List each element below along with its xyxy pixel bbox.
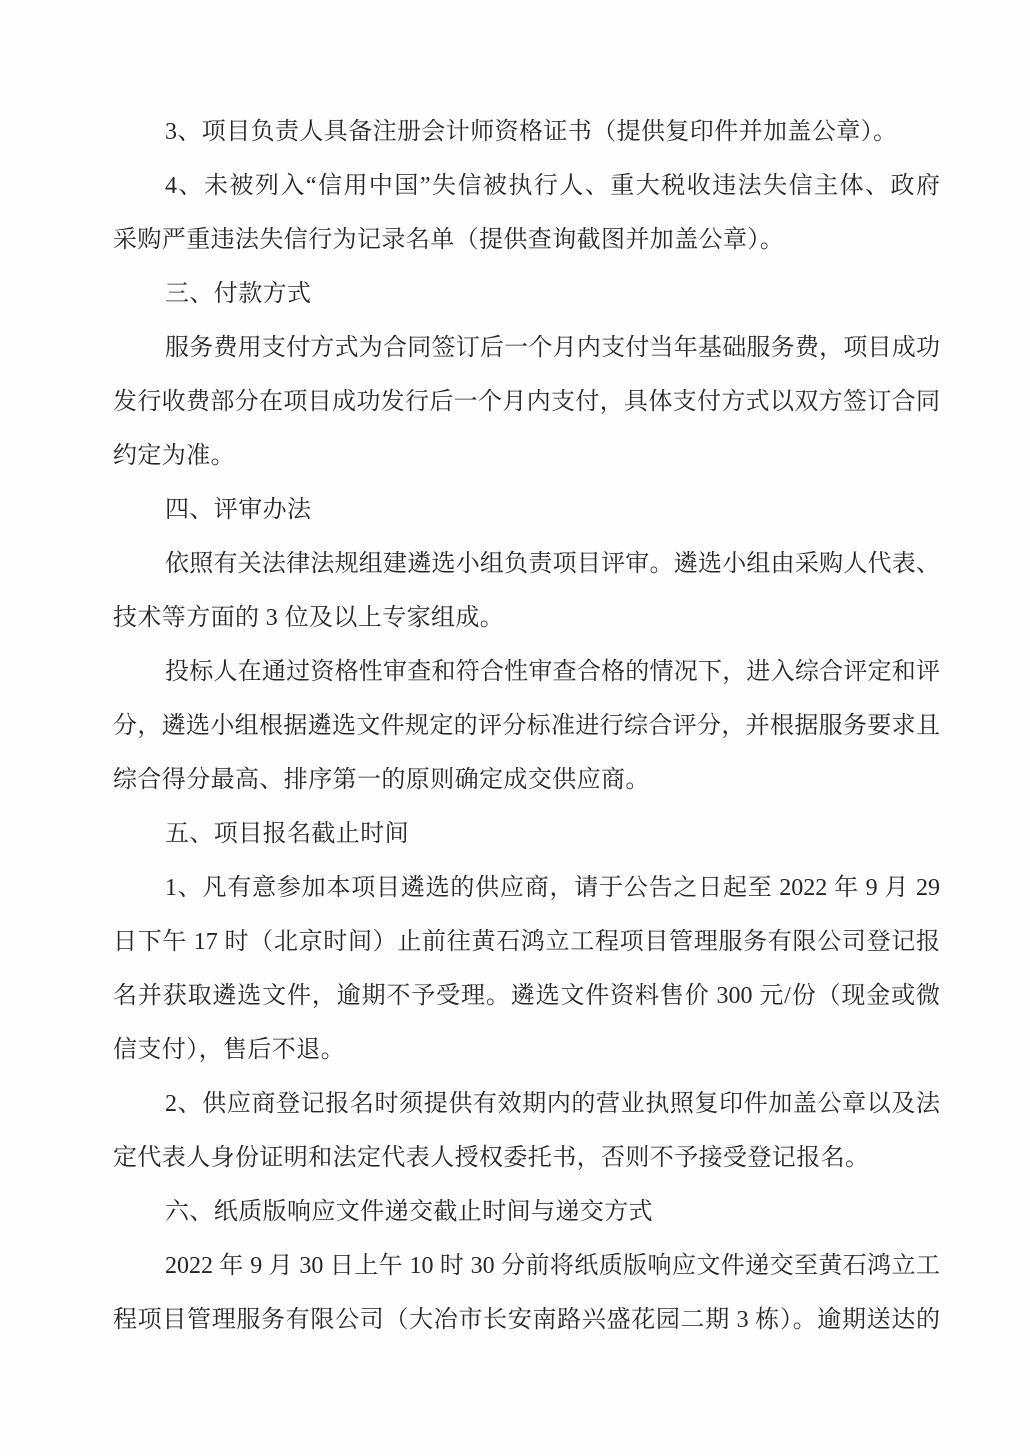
text-line: 信支付），售后不退。 [113, 1023, 940, 1077]
text-line: 2022 年 9 月 30 日上午 10 时 30 分前将纸质版响应文件递交至黄… [113, 1239, 940, 1293]
text-line: 名并获取遴选文件，逾期不予受理。遴选文件资料售价 300 元/份（现金或微 [113, 969, 940, 1023]
text-line: 日下午 17 时（北京时间）止前往黄石鸿立工程项目管理服务有限公司登记报 [113, 915, 940, 969]
text-line: 投标人在通过资格性审查和符合性审查合格的情况下，进入综合评定和评 [113, 645, 940, 699]
text-line: 技术等方面的 3 位及以上专家组成。 [113, 591, 940, 645]
document-body: 3、项目负责人具备注册会计师资格证书（提供复印件并加盖公章）。 4、未被列入“信… [113, 105, 940, 1347]
text-line: 2、供应商登记报名时须提供有效期内的营业执照复印件加盖公章以及法 [113, 1077, 940, 1131]
document-page: 3、项目负责人具备注册会计师资格证书（提供复印件并加盖公章）。 4、未被列入“信… [0, 0, 1030, 1456]
section-heading-registration-deadline: 五、项目报名截止时间 [113, 807, 940, 861]
text-line: 3、项目负责人具备注册会计师资格证书（提供复印件并加盖公章）。 [113, 105, 940, 159]
text-line: 分，遴选小组根据遴选文件规定的评分标准进行综合评分，并根据服务要求且 [113, 699, 940, 753]
text-line: 1、凡有意参加本项目遴选的供应商，请于公告之日起至 2022 年 9 月 29 [113, 861, 940, 915]
text-line: 综合得分最高、排序第一的原则确定成交供应商。 [113, 753, 940, 807]
section-heading-submission-deadline: 六、纸质版响应文件递交截止时间与递交方式 [113, 1185, 940, 1239]
section-heading-payment: 三、付款方式 [113, 267, 940, 321]
text-line: 约定为准。 [113, 429, 940, 483]
text-line: 采购严重违法失信行为记录名单（提供查询截图并加盖公章）。 [113, 213, 940, 267]
text-line: 定代表人身份证明和法定代表人授权委托书，否则不予接受登记报名。 [113, 1131, 940, 1185]
section-heading-review-method: 四、评审办法 [113, 483, 940, 537]
text-line: 4、未被列入“信用中国”失信被执行人、重大税收违法失信主体、政府 [113, 159, 940, 213]
text-line: 服务费用支付方式为合同签订后一个月内支付当年基础服务费，项目成功 [113, 321, 940, 375]
text-line: 依照有关法律法规组建遴选小组负责项目评审。遴选小组由采购人代表、 [113, 537, 940, 591]
text-line: 发行收费部分在项目成功发行后一个月内支付，具体支付方式以双方签订合同 [113, 375, 940, 429]
text-line: 程项目管理服务有限公司（大冶市长安南路兴盛花园二期 3 栋）。逾期送达的 [113, 1293, 940, 1347]
